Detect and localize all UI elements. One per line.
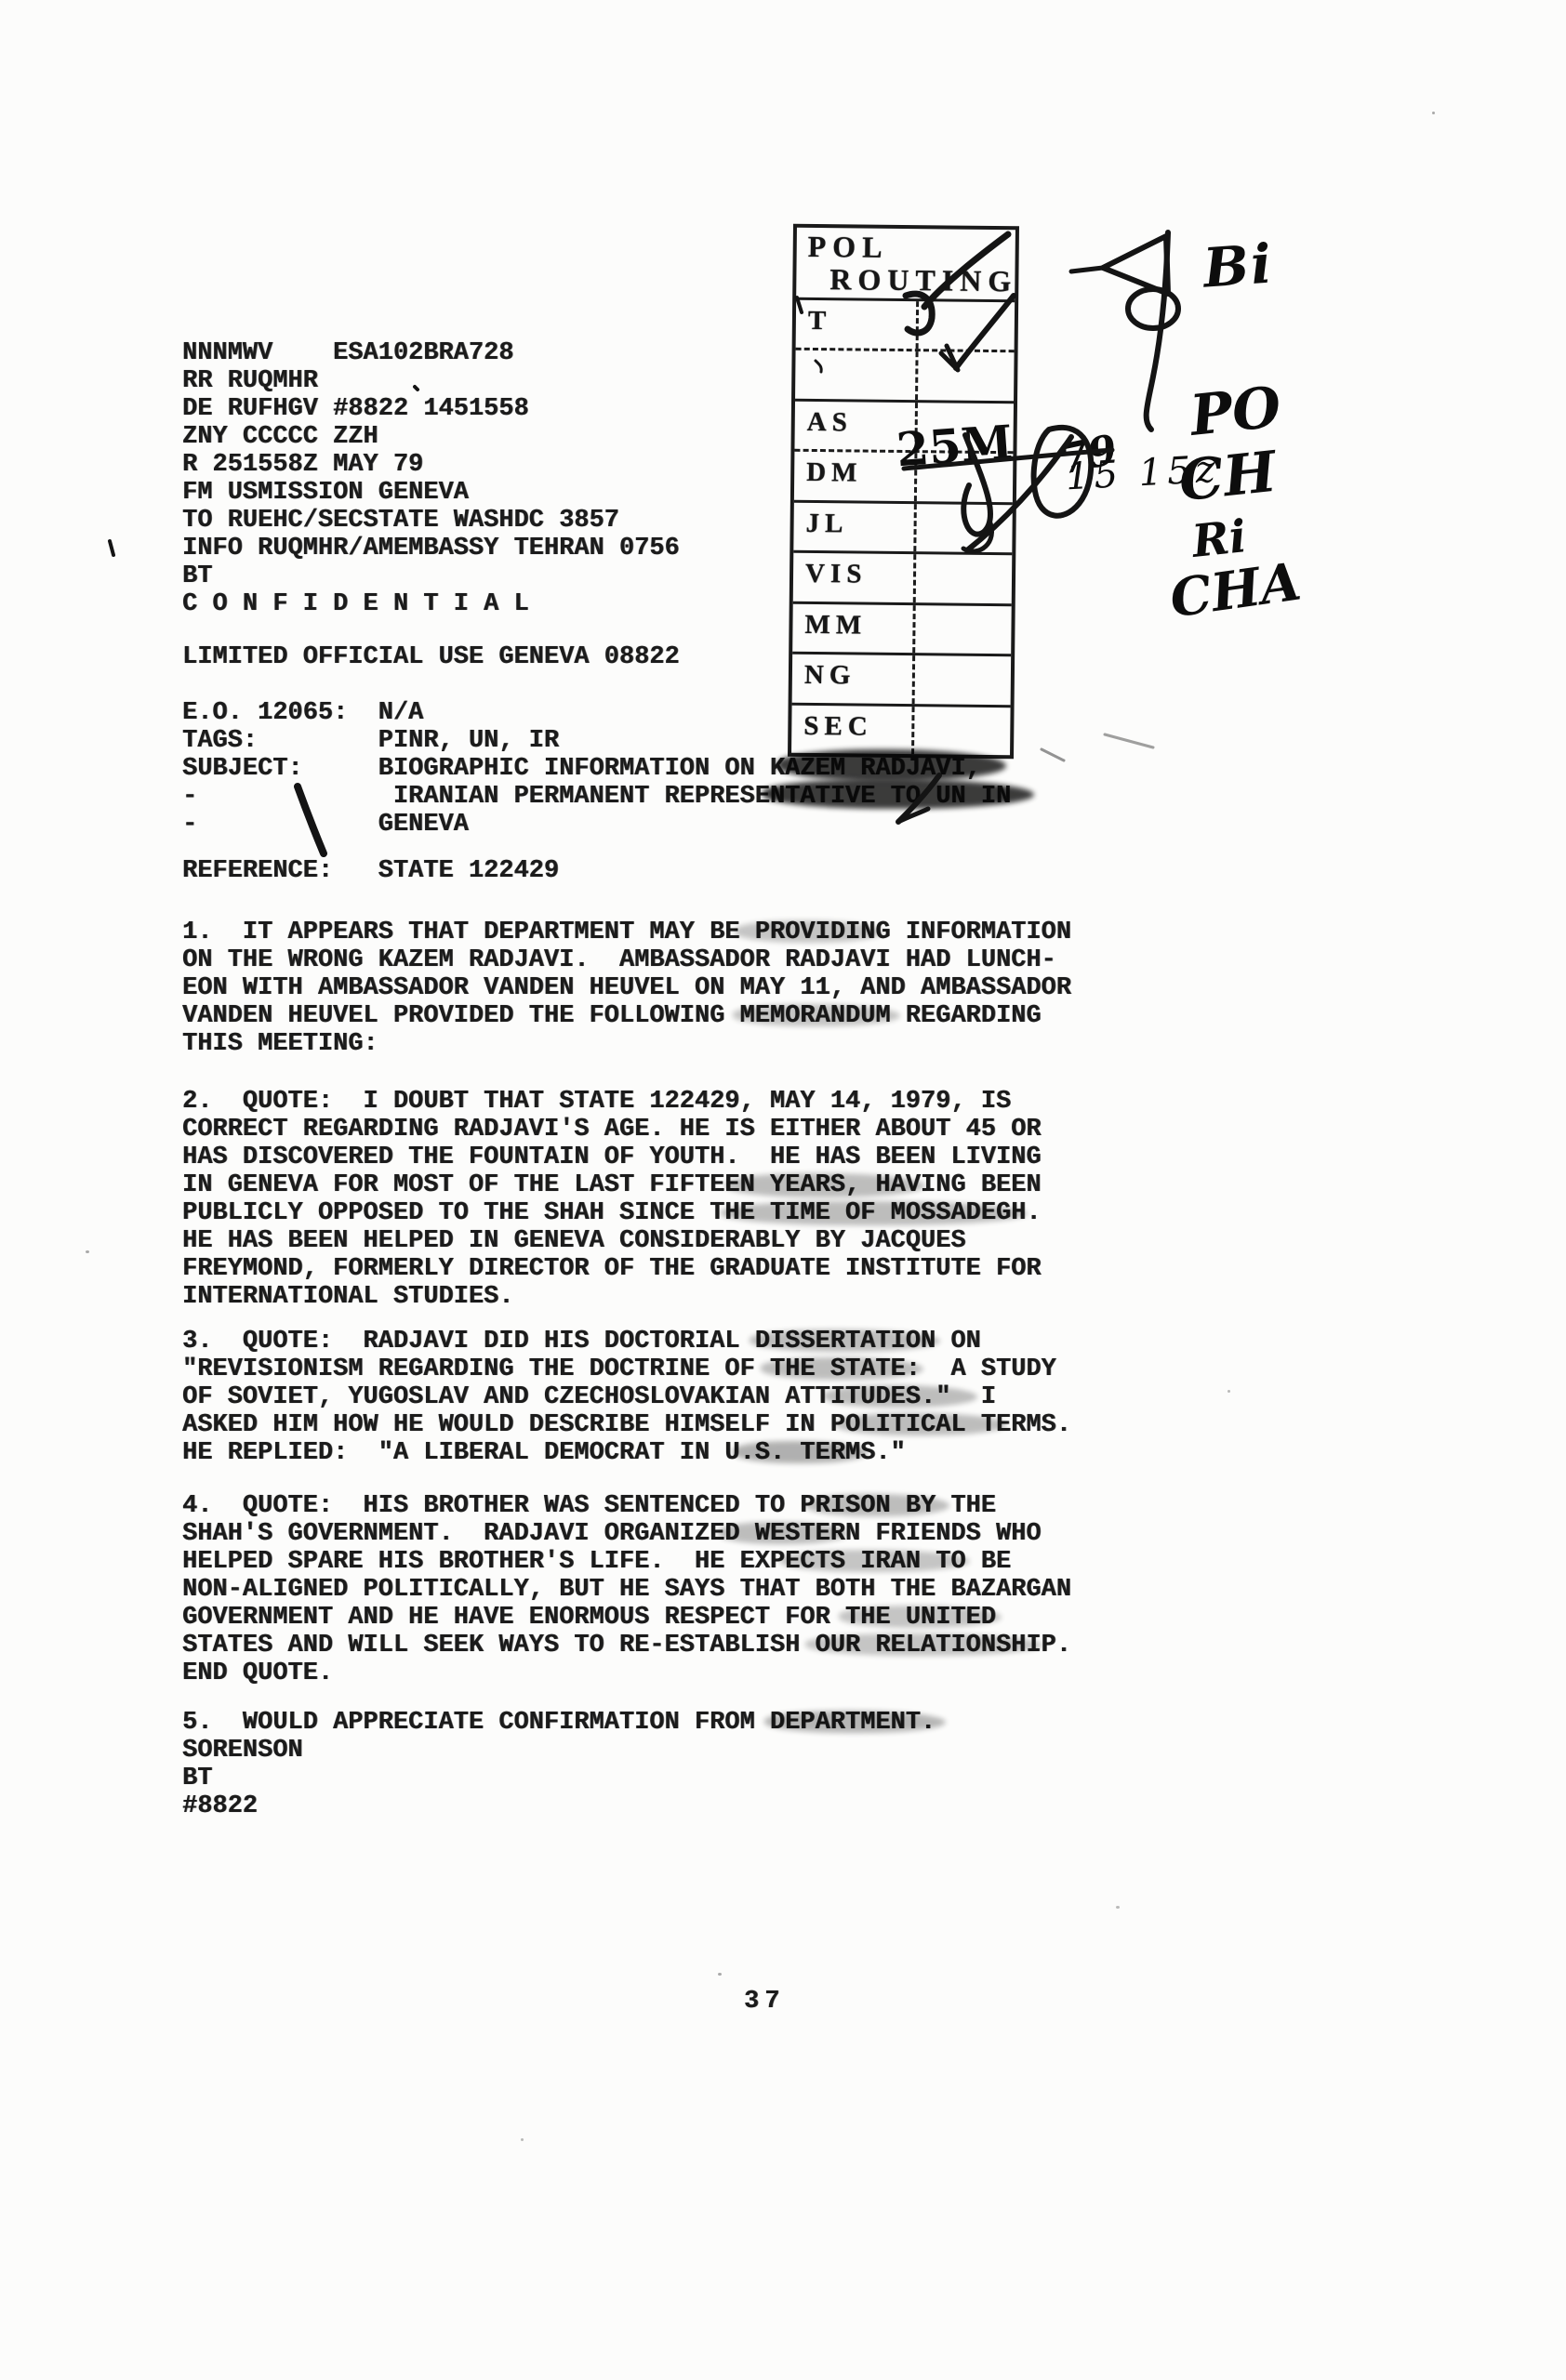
handwritten-margin-note: CH — [1176, 440, 1280, 515]
routing-row-ng: NG — [792, 652, 1012, 705]
routing-cell — [911, 707, 1011, 756]
routing-row-sec: SEC — [791, 702, 1011, 755]
stray-mark — [1105, 734, 1153, 747]
routing-row-jl: JL — [793, 500, 1013, 553]
ink-smudge — [750, 1329, 940, 1352]
ink-smudge — [721, 1201, 1028, 1225]
routing-cell — [912, 605, 1012, 654]
ink-smudge — [779, 1550, 970, 1572]
scan-speck — [279, 1580, 282, 1583]
ink-smudge — [763, 779, 1034, 809]
page-number: 37 — [744, 1988, 785, 2016]
handwritten-margin-note: PO — [1188, 375, 1284, 449]
routing-stamp-title-line1: POL — [808, 231, 1015, 265]
routing-cell — [913, 504, 1013, 553]
routing-stamp-rows: T AS DM JL VIS MM NG SE — [791, 300, 1015, 755]
flag-mark-line — [1071, 268, 1103, 271]
ink-smudge — [761, 1357, 923, 1380]
telegram-scan-page: NNNMWV ESA102BRA728 RR RUQMHR DE RUFHGV … — [0, 0, 1566, 2380]
scan-speck — [718, 1973, 722, 1976]
scan-speck — [86, 1250, 89, 1253]
ink-smudge — [735, 920, 883, 943]
paragraph-1: 1. IT APPEARS THAT DEPARTMENT MAY BE PRO… — [182, 919, 1071, 1058]
handwritten-date-stamp-left: 25M — [895, 415, 1015, 478]
flag-mark-loop — [1128, 289, 1178, 328]
routing-row-t: T — [796, 300, 1015, 350]
ink-smudge — [777, 749, 1006, 781]
routing-row-blank — [795, 348, 1015, 401]
routing-row-mm: MM — [792, 601, 1012, 654]
flag-mark-pennant — [1103, 236, 1168, 294]
ink-smudge — [824, 1385, 977, 1408]
routing-stamp-title: POL ROUTING — [796, 228, 1015, 302]
ink-smudge — [733, 1441, 868, 1463]
cable-header-block: NNNMWV ESA102BRA728 RR RUQMHR DE RUFHGV … — [182, 339, 680, 618]
handwritten-margin-note: CHA — [1166, 551, 1305, 630]
routing-cell — [913, 554, 1013, 603]
paragraph-2: 2. QUOTE: I DOUBT THAT STATE 122429, MAY… — [182, 1088, 1042, 1311]
ink-smudge — [733, 1004, 900, 1026]
reference-line: REFERENCE: STATE 122429 — [182, 857, 559, 885]
ink-smudge — [805, 1633, 1042, 1656]
paragraph-4: 4. QUOTE: HIS BROTHER WAS SENTENCED TO P… — [182, 1492, 1071, 1687]
ink-smudge — [764, 1711, 946, 1733]
handwritten-initials: Bi — [1201, 231, 1276, 299]
stray-mark — [1042, 749, 1064, 760]
ink-smudge — [835, 1413, 1007, 1435]
scan-speck — [1432, 112, 1435, 114]
routing-cell — [912, 655, 1012, 705]
routing-stamp-title-line2: ROUTING — [807, 263, 1015, 297]
scan-speck — [1116, 1906, 1120, 1909]
ink-smudge — [805, 1494, 949, 1516]
routing-row-vis: VIS — [793, 550, 1013, 603]
flag-mark-staff — [1147, 232, 1168, 430]
ink-smudge — [725, 1173, 925, 1197]
routing-cell — [915, 352, 1015, 402]
ink-smudge — [718, 1522, 848, 1544]
scan-speck — [521, 2138, 524, 2141]
scan-speck — [1228, 1390, 1230, 1393]
routing-cell — [916, 301, 1015, 350]
classification-caption: LIMITED OFFICIAL USE GENEVA 08822 — [182, 643, 680, 671]
pol-routing-stamp: POL ROUTING T AS DM JL VIS MM — [788, 224, 1019, 760]
ink-smudge — [839, 1606, 1002, 1628]
tick-mark — [110, 541, 113, 555]
